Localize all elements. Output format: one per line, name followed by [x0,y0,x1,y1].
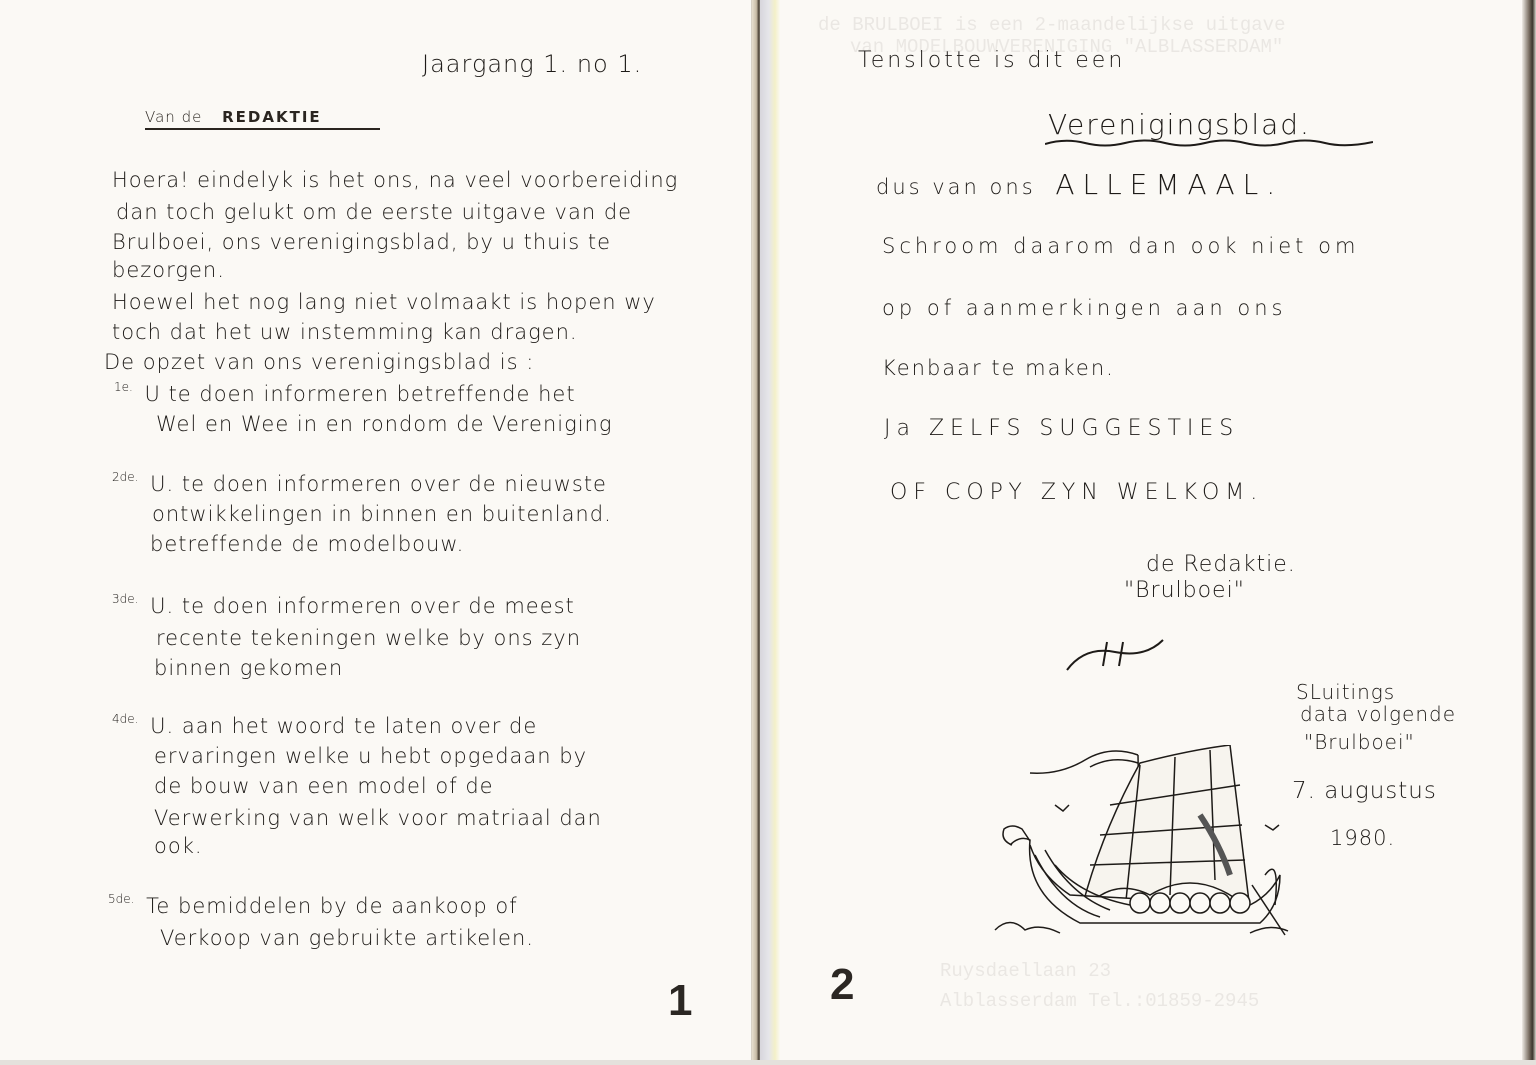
left-page-edge [752,0,760,1062]
intro-line: Hoera! eindelyk is het ons, na veel voor… [112,168,678,192]
right-line-1: Tenslotte is dit een [858,48,1125,73]
heading-main: REDAKTIE [222,108,322,126]
closing-date: 7. augustus [1292,778,1437,804]
intro-line: Hoewel het nog lang niet volmaakt is hop… [112,290,656,314]
page-number-left: 1 [668,976,692,1026]
right-line-6: Kenbaar te maken. [882,356,1115,380]
show-through-line: de BRULBOEI is een 2-maandelijkse uitgav… [818,14,1285,36]
intro-line: Brulboei, ons verenigingsblad, by u thui… [112,230,611,254]
list-item-5-line: Verkoop van gebruikte artikelen. [160,926,534,950]
intro-line: De opzet van ons verenigingsblad is : [104,350,534,374]
right-line-7: Ja ZELFS SUGGESTIES [884,416,1239,441]
issue-header: Jaargang 1. no 1. [422,50,642,78]
item-number: 3de. [112,592,138,606]
list-item-4-line: ervaringen welke u hebt opgedaan by [154,744,587,768]
heading-prefix: Van de [145,108,202,126]
section-heading: Van de REDAKTIE [145,108,322,126]
item-number: 1e. [114,380,133,394]
list-item-4-line: de bouw van een model of de [154,774,494,798]
spine-gutter [760,0,780,1065]
list-item-3-line: binnen gekomen [154,656,343,680]
intro-line: toch dat het uw instemming kan dragen. [112,320,578,344]
closing-line-2: data volgende [1300,702,1456,726]
list-item-5: 5de. Te bemiddelen by de aankoop of [108,892,518,918]
item-number: 5de. [108,892,134,906]
list-item-4-line: ook. [154,834,203,858]
closing-line-3: "Brulboei" [1304,730,1415,754]
list-item-1: 1e. U te doen informeren betreffende het [114,380,576,406]
list-item-2-line: ontwikkelingen in binnen en buitenland. [152,502,612,526]
right-line-4: Schroom daarom dan ook niet om [882,234,1359,258]
show-through-line: Alblasserdam Tel.:01859-2945 [940,990,1259,1012]
viking-ship-icon [990,745,1290,945]
signature-line-1: de Redaktie. [1146,552,1296,577]
list-item-3: 3de. U. te doen informeren over de meest [112,592,575,618]
heading-underline [145,128,380,130]
list-item-3-line: recente tekeningen welke by ons zyn [156,626,581,650]
list-item-4-line: Verwerking van welk voor matriaal dan [154,806,602,830]
right-line-5: op of aanmerkingen aan ons [882,296,1286,320]
intro-line: dan toch gelukt om de eerste uitgave van… [116,200,632,224]
right-page-edge [1522,0,1536,1065]
magazine-spread: Jaargang 1. no 1. Van de REDAKTIE Hoera!… [0,0,1536,1065]
list-item-2-line: betreffende de modelbouw. [150,532,464,556]
list-item-4: 4de. U. aan het woord te laten over de [112,712,537,738]
right-line-8: OF COPY ZYN WELKOM. [890,480,1263,505]
bottom-edge [0,1060,1536,1065]
right-line-3: dus van ons ALLEMAAL. [876,168,1283,201]
signature-scribble [1065,632,1175,672]
right-line-2: Verenigingsblad. [1048,108,1311,141]
closing-year: 1980. [1330,826,1395,850]
item-number: 2de. [112,470,138,484]
list-item-1-line: Wel en Wee in en rondom de Vereniging [156,412,612,436]
show-through-line: Ruysdaellaan 23 [940,960,1111,982]
page-number-right: 2 [830,960,854,1010]
closing-line-1: SLuitings [1296,680,1395,704]
item-number: 4de. [112,712,138,726]
wavy-underline [1045,138,1373,148]
intro-line: bezorgen. [112,258,225,282]
signature-line-2: "Brulboei" [1124,578,1245,603]
list-item-2: 2de. U. te doen informeren over de nieuw… [112,470,607,496]
